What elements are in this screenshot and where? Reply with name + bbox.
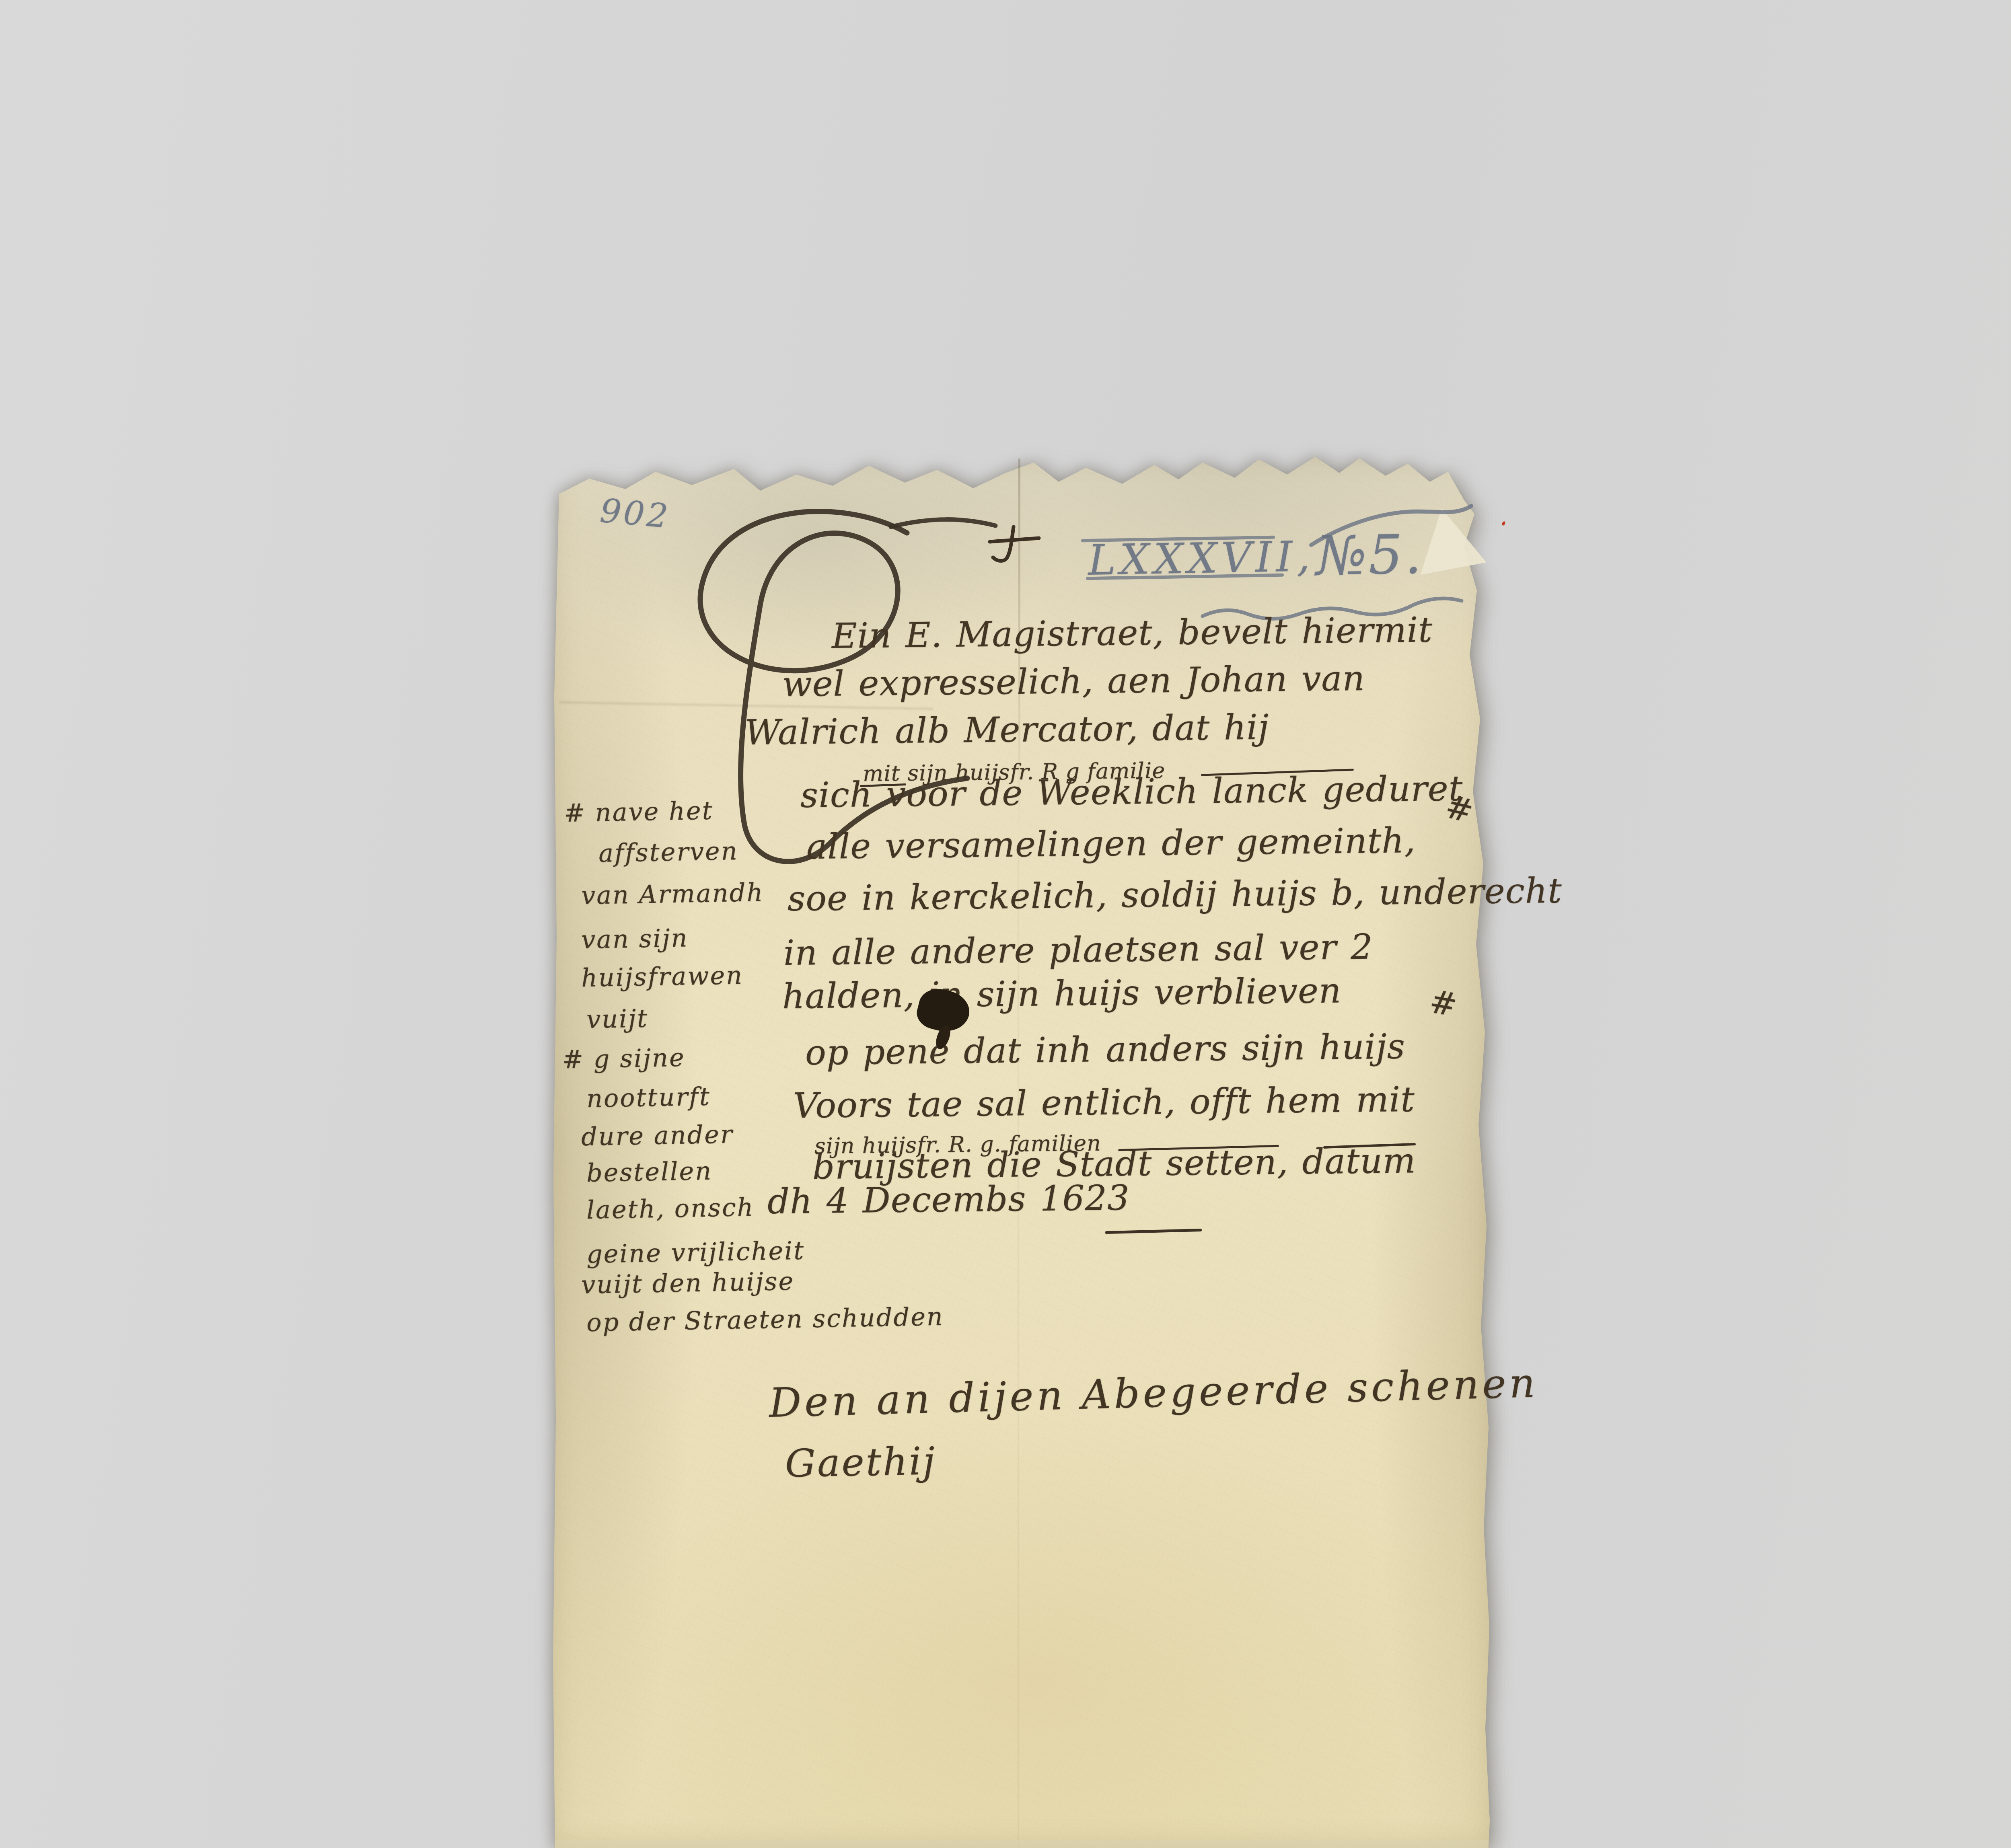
- margin-note: van Armandh: [581, 878, 764, 910]
- margin-note: # g sijne: [562, 1043, 685, 1074]
- body-line: Voors tae sal entlich, offt hem mit: [793, 1079, 1415, 1126]
- margin-note: vuijt: [586, 1003, 648, 1034]
- date-line: dh 4 Decembs 1623: [767, 1178, 1130, 1222]
- body-line: in alle andere plaetsen sal ver 2: [783, 927, 1373, 973]
- margin-note: geine vrijlicheit: [586, 1236, 805, 1269]
- body-line: soe in kerckelich, soldij huijs b, under…: [787, 871, 1562, 919]
- margin-note: nootturft: [586, 1082, 711, 1113]
- body-line: alle versamelingen der gemeinth,: [806, 820, 1416, 867]
- body-line: halden, in sijn huijs verblieven: [782, 970, 1341, 1017]
- margin-note: vuijt den huijse: [581, 1266, 794, 1299]
- date-prefix: dh 4 Decembs: [767, 1179, 1026, 1222]
- body-line: op pene dat inh anders sijn huijs: [805, 1026, 1405, 1073]
- margin-note: bestellen: [586, 1156, 712, 1188]
- body-line: sich voor de Weeklich lanck geduret: [800, 769, 1463, 816]
- margin-note: dure ander: [581, 1119, 734, 1151]
- paper-shadow: [0, 0, 2011, 1848]
- margin-note: huijsfrawen: [581, 960, 743, 993]
- body-line: Walrich alb Mercator, dat hij: [744, 707, 1269, 753]
- margin-note: op der Straeten schudden: [586, 1301, 944, 1337]
- body-line: Ein E. Magistraet, bevelt hiermit: [831, 610, 1433, 656]
- signature-line: Gaethij: [785, 1439, 937, 1486]
- body-line: wel expresselich, aen Johan van: [782, 658, 1365, 705]
- margin-note: laeth, onsch: [586, 1192, 755, 1225]
- margin-note: # nave het: [563, 796, 714, 828]
- scanner-edge-strip: [555, 1840, 1488, 1848]
- margin-note: van sijn: [581, 923, 689, 954]
- scan-background: 902 LXXXVII, №5. Ein E. Magistraet, beve…: [0, 0, 2011, 1848]
- margin-note: affsterven: [598, 836, 738, 868]
- pencil-flourish: [1186, 491, 1492, 627]
- date-year: 1623: [1040, 1178, 1130, 1219]
